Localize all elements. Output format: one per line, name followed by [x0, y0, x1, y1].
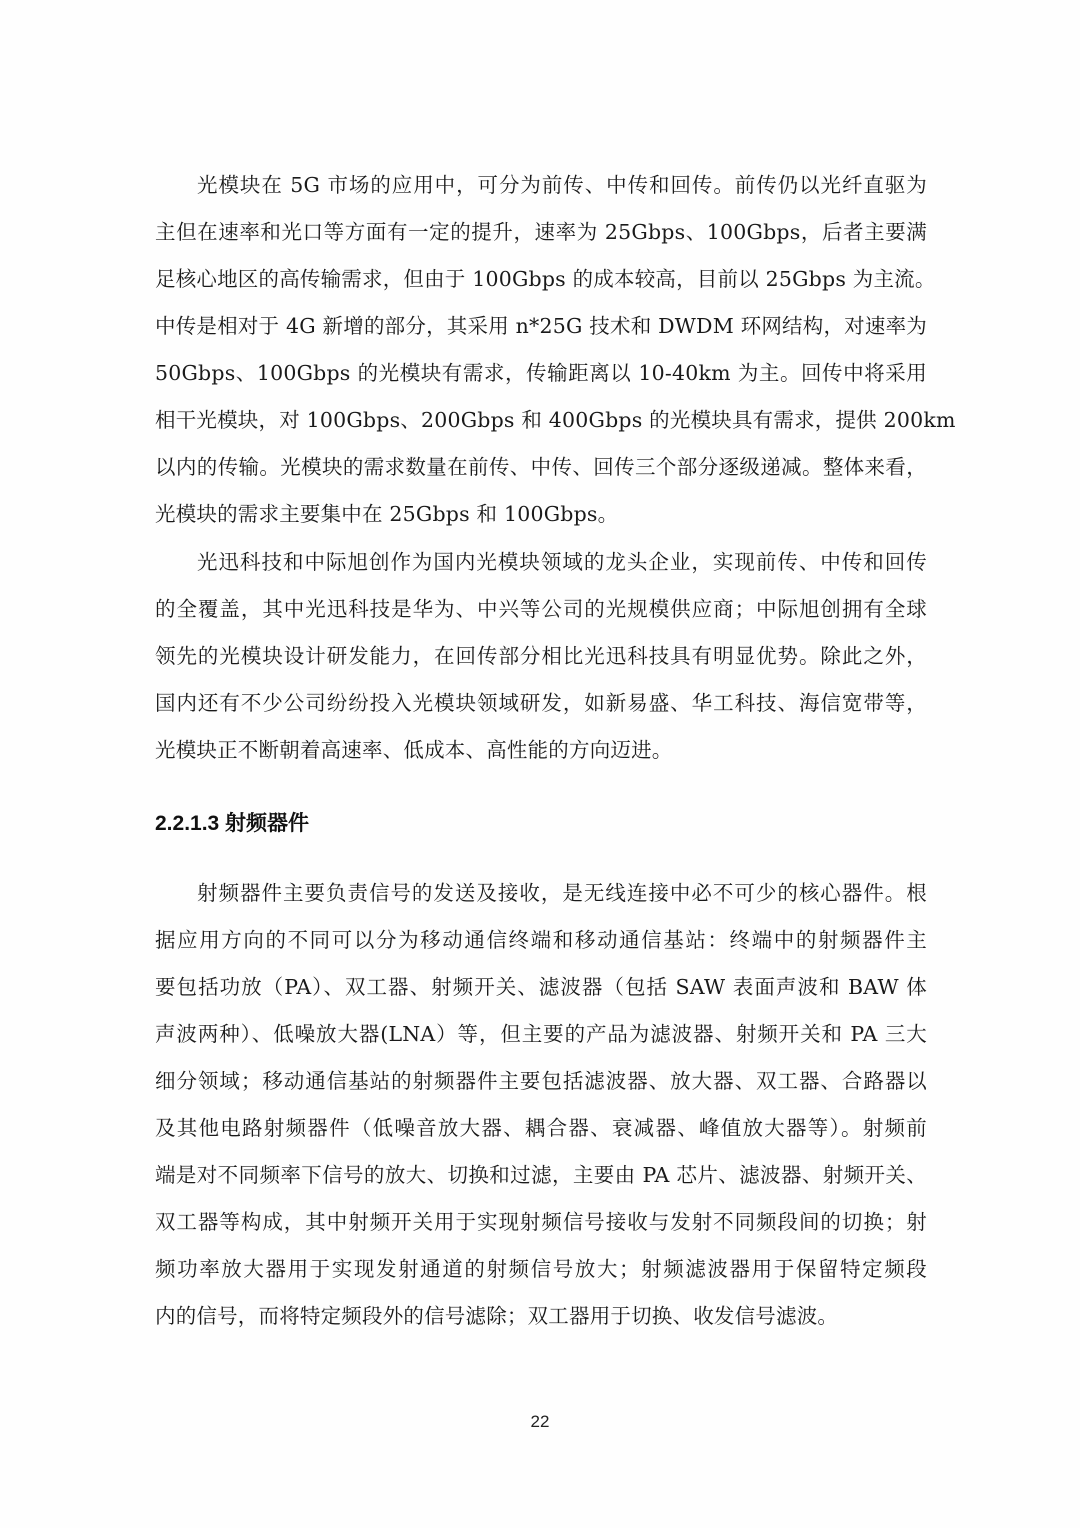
text-line: 主但在速率和光口等方面有一定的提升，速率为 25Gbps、100Gbps，后者主… — [155, 209, 927, 256]
paragraph-optical-module-fronthaul: 光模块在 5G 市场的应用中，可分为前传、中传和回传。前传仍以光纤直驱为 主但在… — [155, 162, 927, 538]
text-line: 国内还有不少公司纷纷投入光模块领域研发，如新易盛、华工科技、海信宽带等， — [155, 680, 927, 727]
text-line: 端是对不同频率下信号的放大、切换和过滤，主要由 PA 芯片、滤波器、射频开关、 — [155, 1152, 927, 1199]
text-line: 要包括功放（PA）、双工器、射频开关、滤波器（包括 SAW 表面声波和 BAW … — [155, 964, 927, 1011]
text-line: 双工器等构成，其中射频开关用于实现射频信号接收与发射不同频段间的切换；射 — [155, 1199, 927, 1246]
paragraph-rf-devices: 射频器件主要负责信号的发送及接收，是无线连接中必不可少的核心器件。根 据应用方向… — [155, 870, 927, 1340]
text-line: 光模块的需求主要集中在 25Gbps 和 100Gbps。 — [155, 491, 927, 538]
text-line: 频功率放大器用于实现发射通道的射频信号放大；射频滤波器用于保留特定频段 — [155, 1246, 927, 1293]
section-heading: 2.2.1.3 射频器件 — [155, 806, 309, 842]
text-line: 50Gbps、100Gbps 的光模块有需求，传输距离以 10-40km 为主。… — [155, 350, 927, 397]
text-line: 光模块在 5G 市场的应用中，可分为前传、中传和回传。前传仍以光纤直驱为 — [155, 162, 927, 209]
text-line: 的全覆盖，其中光迅科技是华为、中兴等公司的光规模供应商；中际旭创拥有全球 — [155, 586, 927, 633]
text-line: 足核心地区的高传输需求，但由于 100Gbps 的成本较高，目前以 25Gbps… — [155, 256, 927, 303]
text-line: 细分领域；移动通信基站的射频器件主要包括滤波器、放大器、双工器、合路器以 — [155, 1058, 927, 1105]
text-line: 相干光模块，对 100Gbps、200Gbps 和 400Gbps 的光模块具有… — [155, 397, 927, 444]
text-line: 射频器件主要负责信号的发送及接收，是无线连接中必不可少的核心器件。根 — [155, 870, 927, 917]
document-page: 光模块在 5G 市场的应用中，可分为前传、中传和回传。前传仍以光纤直驱为 主但在… — [0, 0, 1080, 1528]
text-line: 光模块正不断朝着高速率、低成本、高性能的方向迈进。 — [155, 727, 927, 774]
page-number: 22 — [0, 1412, 1080, 1432]
paragraph-optical-module-vendors: 光迅科技和中际旭创作为国内光模块领域的龙头企业，实现前传、中传和回传 的全覆盖，… — [155, 539, 927, 774]
text-line: 中传是相对于 4G 新增的部分，其采用 n*25G 技术和 DWDM 环网结构，… — [155, 303, 927, 350]
text-line: 据应用方向的不同可以分为移动通信终端和移动通信基站：终端中的射频器件主 — [155, 917, 927, 964]
text-line: 及其他电路射频器件（低噪音放大器、耦合器、衰减器、峰值放大器等）。射频前 — [155, 1105, 927, 1152]
text-line: 内的信号，而将特定频段外的信号滤除；双工器用于切换、收发信号滤波。 — [155, 1293, 927, 1340]
text-line: 声波两种）、低噪放大器(LNA）等，但主要的产品为滤波器、射频开关和 PA 三大 — [155, 1011, 927, 1058]
text-line: 领先的光模块设计研发能力，在回传部分相比光迅科技具有明显优势。除此之外， — [155, 633, 927, 680]
text-line: 光迅科技和中际旭创作为国内光模块领域的龙头企业，实现前传、中传和回传 — [155, 539, 927, 586]
text-line: 以内的传输。光模块的需求数量在前传、中传、回传三个部分逐级递减。整体来看， — [155, 444, 927, 491]
